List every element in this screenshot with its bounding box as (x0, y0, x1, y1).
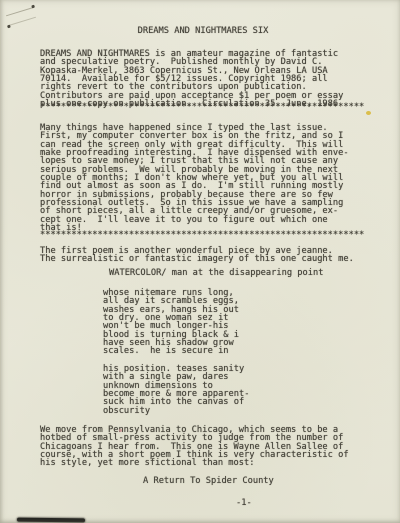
scanned-zine-page: DREAMS AND NIGHTMARES SIX DREAMS AND NIG… (0, 0, 400, 523)
masthead-paragraph: DREAMS AND NIGHTMARES is an amateur maga… (40, 50, 343, 108)
chicago-note-paragraph: We move from Pennsylvania to Chicago, wh… (40, 426, 349, 468)
next-poem-title: A Return To Spider County (143, 477, 274, 485)
page-title: DREAMS AND NIGHTMARES SIX (40, 27, 366, 35)
poem-title: WATERCOLOR/ man at the disappearing poin… (109, 269, 323, 277)
asterisk-divider-top: ****************************************… (40, 103, 364, 111)
editorial-paragraph: Many things have happened since I typed … (40, 124, 349, 232)
staple-mark-icon (6, 7, 36, 26)
page-number: -1- (236, 499, 252, 507)
yellow-ink-speck (366, 111, 371, 115)
poem-intro-paragraph: The first poem is another wonderful piec… (40, 247, 354, 264)
poem-stanza-2: his position. teases sanity with a singl… (103, 365, 249, 415)
asterisk-divider-bottom: ****************************************… (40, 231, 364, 239)
scan-edge-artifact (17, 518, 85, 522)
poem-stanza-1: whose nitemare runs long, all day it scr… (103, 289, 239, 356)
red-ink-speck (119, 429, 122, 432)
